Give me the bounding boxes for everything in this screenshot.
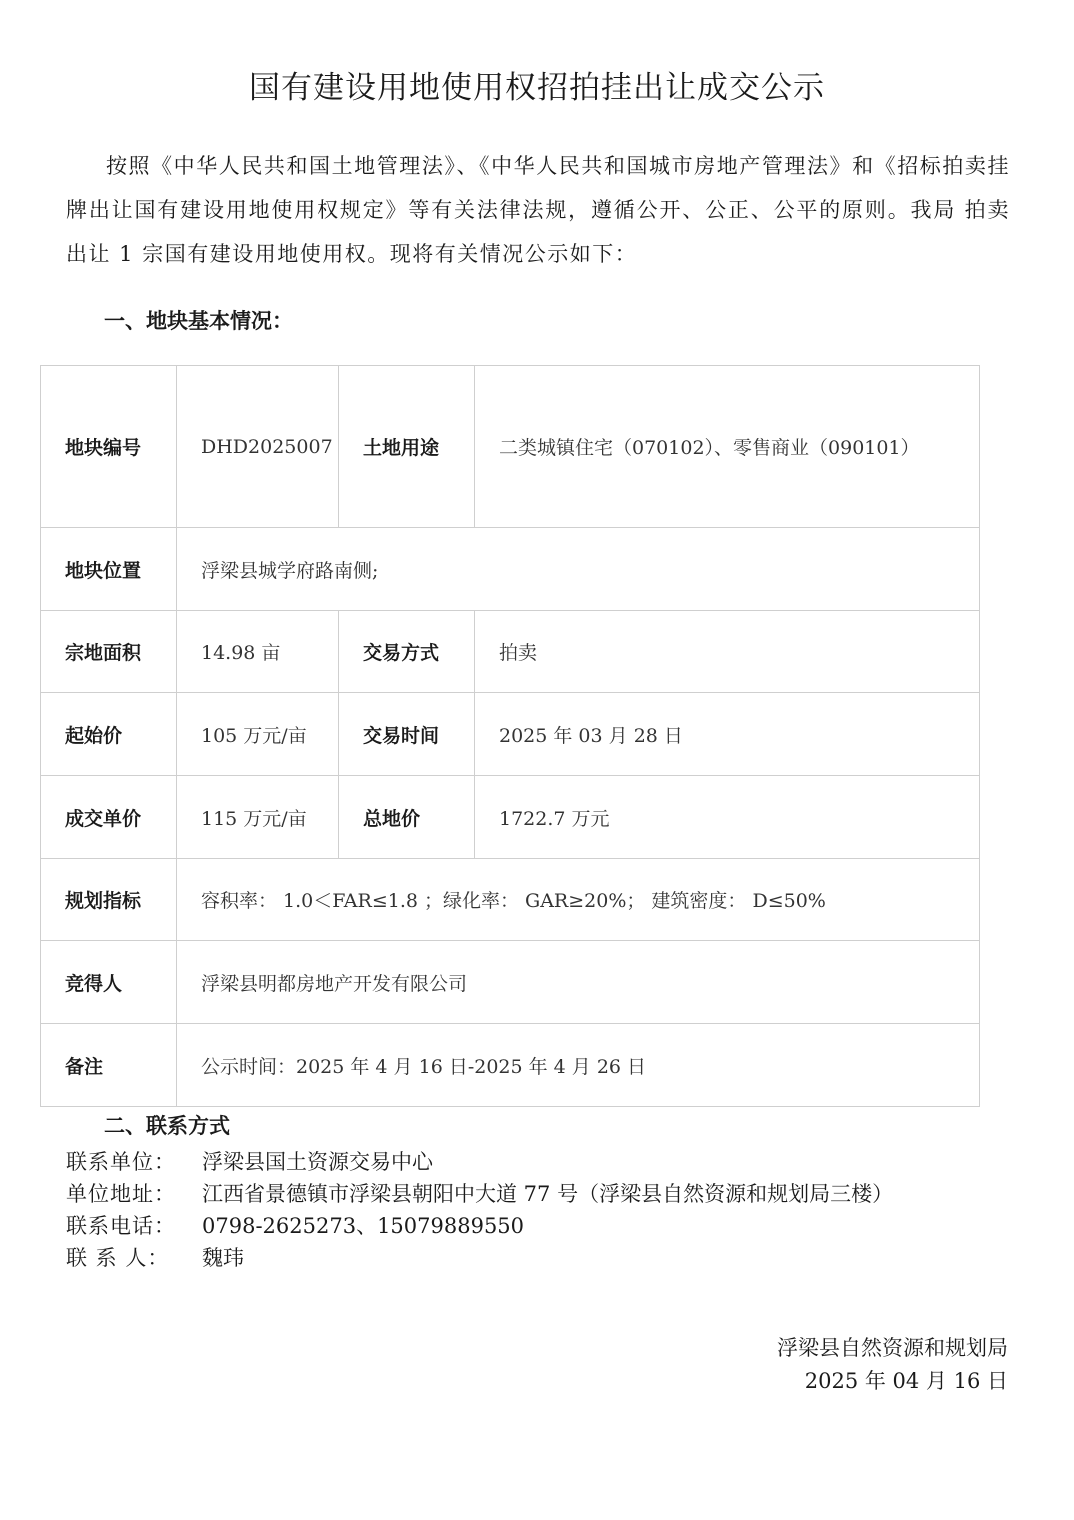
plot-info-table: 地块编号 DHD2025007 土地用途 二类城镇住宅（070102）、零售商业… xyxy=(40,365,980,1107)
plot-no-value: DHD2025007 xyxy=(177,366,339,528)
table-row: 竞得人 浮梁县明都房地产开发有限公司 xyxy=(41,941,980,1024)
contact-person-label: 联 系 人： xyxy=(66,1242,202,1274)
trade-time-value: 2025 年 03 月 28 日 xyxy=(475,693,980,776)
remark-label: 备注 xyxy=(41,1024,177,1107)
location-label: 地块位置 xyxy=(41,528,177,611)
start-price-label: 起始价 xyxy=(41,693,177,776)
contact-phone-row: 联系电话： 0798-2625273、15079889550 xyxy=(66,1210,893,1242)
land-use-label: 土地用途 xyxy=(339,366,475,528)
planning-label: 规划指标 xyxy=(41,859,177,941)
page-title: 国有建设用地使用权招拍挂出让成交公示 xyxy=(0,62,1074,107)
intro-paragraph: 按照《中华人民共和国土地管理法》、《中华人民共和国城市房地产管理法》和《招标拍卖… xyxy=(66,144,1010,276)
contact-person-row: 联 系 人： 魏玮 xyxy=(66,1242,893,1274)
table-row: 规划指标 容积率： 1.0＜FAR≤1.8 ；绿化率： GAR≥20%； 建筑密… xyxy=(41,859,980,941)
contact-address-value: 江西省景德镇市浮梁县朝阳中大道 77 号（浮梁县自然资源和规划局三楼） xyxy=(202,1178,893,1210)
total-price-label: 总地价 xyxy=(339,776,475,859)
planning-value: 容积率： 1.0＜FAR≤1.8 ；绿化率： GAR≥20%； 建筑密度： D≤… xyxy=(177,859,980,941)
section-heading-contact: 二、联系方式 xyxy=(104,1110,230,1140)
section-heading-plot-info: 一、地块基本情况： xyxy=(104,305,293,335)
signature-block: 浮梁县自然资源和规划局 2025 年 04 月 16 日 xyxy=(777,1332,1008,1398)
contact-unit-value: 浮梁县国土资源交易中心 xyxy=(202,1146,433,1178)
table-row: 宗地面积 14.98 亩 交易方式 拍卖 xyxy=(41,611,980,693)
area-value: 14.98 亩 xyxy=(177,611,339,693)
table-row: 地块编号 DHD2025007 土地用途 二类城镇住宅（070102）、零售商业… xyxy=(41,366,980,528)
winner-label: 竞得人 xyxy=(41,941,177,1024)
signature-org: 浮梁县自然资源和规划局 xyxy=(777,1332,1008,1365)
total-price-value: 1722.7 万元 xyxy=(475,776,980,859)
start-price-value: 105 万元/亩 xyxy=(177,693,339,776)
table-row: 地块位置 浮梁县城学府路南侧; xyxy=(41,528,980,611)
location-value: 浮梁县城学府路南侧; xyxy=(177,528,980,611)
unit-price-value: 115 万元/亩 xyxy=(177,776,339,859)
contact-address-row: 单位地址： 江西省景德镇市浮梁县朝阳中大道 77 号（浮梁县自然资源和规划局三楼… xyxy=(66,1178,893,1210)
method-label: 交易方式 xyxy=(339,611,475,693)
land-use-value: 二类城镇住宅（070102）、零售商业（090101） xyxy=(475,366,980,528)
remark-value: 公示时间：2025 年 4 月 16 日-2025 年 4 月 26 日 xyxy=(177,1024,980,1107)
winner-value: 浮梁县明都房地产开发有限公司 xyxy=(177,941,980,1024)
contact-phone-label: 联系电话： xyxy=(66,1210,202,1242)
unit-price-label: 成交单价 xyxy=(41,776,177,859)
contact-address-label: 单位地址： xyxy=(66,1178,202,1210)
contact-person-value: 魏玮 xyxy=(202,1242,244,1274)
table-row: 成交单价 115 万元/亩 总地价 1722.7 万元 xyxy=(41,776,980,859)
contact-unit-label: 联系单位： xyxy=(66,1146,202,1178)
contact-block: 联系单位： 浮梁县国土资源交易中心 单位地址： 江西省景德镇市浮梁县朝阳中大道 … xyxy=(66,1146,893,1274)
table-row: 备注 公示时间：2025 年 4 月 16 日-2025 年 4 月 26 日 xyxy=(41,1024,980,1107)
method-value: 拍卖 xyxy=(475,611,980,693)
signature-date: 2025 年 04 月 16 日 xyxy=(777,1365,1008,1398)
trade-time-label: 交易时间 xyxy=(339,693,475,776)
table-row: 起始价 105 万元/亩 交易时间 2025 年 03 月 28 日 xyxy=(41,693,980,776)
contact-unit-row: 联系单位： 浮梁县国土资源交易中心 xyxy=(66,1146,893,1178)
plot-no-label: 地块编号 xyxy=(41,366,177,528)
area-label: 宗地面积 xyxy=(41,611,177,693)
contact-phone-value: 0798-2625273、15079889550 xyxy=(202,1210,524,1242)
